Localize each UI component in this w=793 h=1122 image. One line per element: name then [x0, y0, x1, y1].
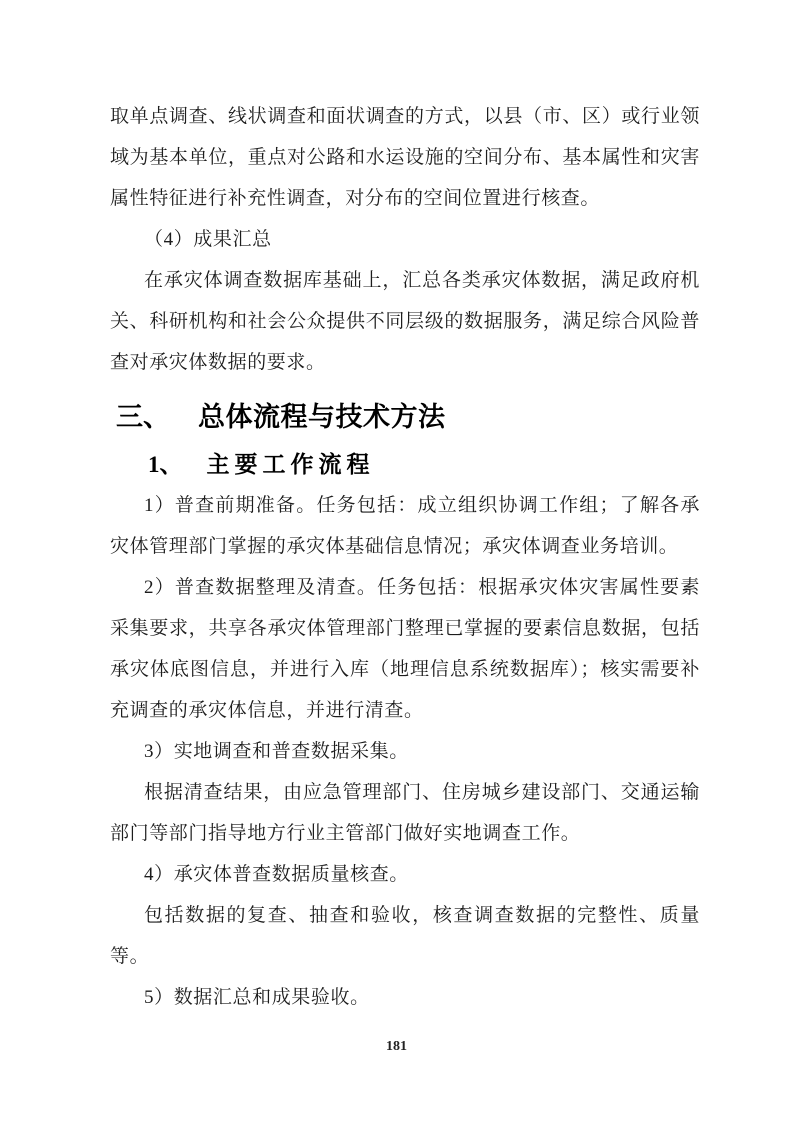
- subsection-heading-title: 主要工作流程: [207, 452, 375, 477]
- paragraph-step3-detail: 根据清查结果，由应急管理部门、住房城乡建设部门、交通运输部门等部门指导地方行业主…: [110, 772, 700, 854]
- subsection-heading: 1、主要工作流程: [148, 445, 700, 485]
- subsection-heading-number: 1、: [148, 452, 183, 477]
- paragraph-continuation: 取单点调查、线状调查和面状调查的方式，以县（市、区）或行业领域为基本单位，重点对…: [110, 96, 700, 219]
- paragraph-step5: 5）数据汇总和成果验收。: [110, 977, 700, 1018]
- paragraph-item4-heading: （4）成果汇总: [110, 219, 700, 260]
- section-heading-number: 三、: [116, 402, 170, 432]
- paragraph-step4-detail: 包括数据的复查、抽查和验收，核查调查数据的完整性、质量等。: [110, 895, 700, 977]
- page-number: 181: [0, 1039, 793, 1055]
- paragraph-step1: 1）普查前期准备。任务包括：成立组织协调工作组；了解各承灾体管理部门掌握的承灾体…: [110, 485, 700, 567]
- section-heading: 三、总体流程与技术方法: [116, 397, 700, 437]
- document-body: 取单点调查、线状调查和面状调查的方式，以县（市、区）或行业领域为基本单位，重点对…: [110, 96, 700, 1018]
- paragraph-step2: 2）普查数据整理及清查。任务包括：根据承灾体灾害属性要素采集要求，共享各承灾体管…: [110, 567, 700, 731]
- paragraph-item4-body: 在承灾体调查数据库基础上，汇总各类承灾体数据，满足政府机关、科研机构和社会公众提…: [110, 260, 700, 383]
- paragraph-step4: 4）承灾体普查数据质量核查。: [110, 854, 700, 895]
- section-heading-title: 总体流程与技术方法: [198, 402, 446, 432]
- paragraph-step3: 3）实地调查和普查数据采集。: [110, 731, 700, 772]
- document-page: 取单点调查、线状调查和面状调查的方式，以县（市、区）或行业领域为基本单位，重点对…: [0, 0, 793, 1122]
